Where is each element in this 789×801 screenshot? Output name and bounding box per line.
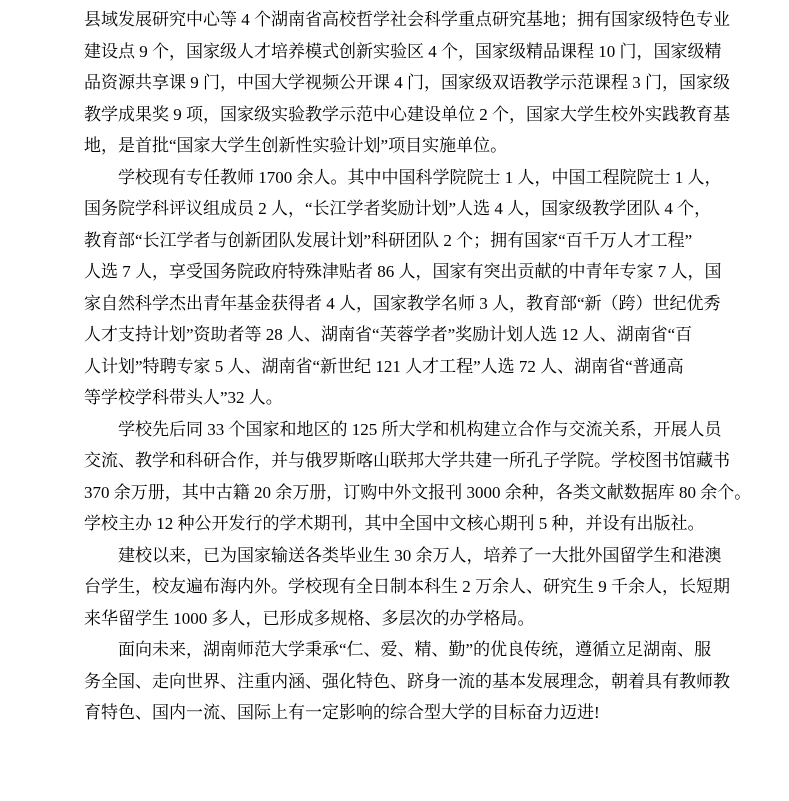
paragraph: 学校现有专任教师 1700 余人。其中中国科学院院士 1 人，中国工程院院士 1… (84, 162, 724, 414)
paragraph: 学校先后同 33 个国家和地区的 125 所大学和机构建立合作与交流关系，开展人… (84, 414, 724, 540)
text-line: 建校以来，已为国家输送各类毕业生 30 余万人，培养了一大批外国留学生和港澳 (84, 540, 724, 572)
text-line: 等学校学科带头人”32 人。 (84, 382, 724, 414)
document-page: 县域发展研究中心等 4 个湖南省高校哲学社会科学重点研究基地；拥有国家级特色专业… (0, 0, 789, 801)
text-line: 人计划”特聘专家 5 人、湖南省“新世纪 121 人才工程”人选 72 人、湖南… (84, 351, 724, 383)
text-line: 学校现有专任教师 1700 余人。其中中国科学院院士 1 人，中国工程院院士 1… (84, 162, 724, 194)
text-line: 育特色、国内一流、国际上有一定影响的综合型大学的目标奋力迈进! (84, 697, 724, 729)
paragraph: 面向未来，湖南师范大学秉承“仁、爱、精、勤”的优良传统，遵循立足湖南、服务全国、… (84, 634, 724, 729)
text-line: 台学生，校友遍布海内外。学校现有全日制本科生 2 万余人、研究生 9 千余人，长… (84, 571, 724, 603)
text-line: 来华留学生 1000 多人，已形成多规格、多层次的办学格局。 (84, 603, 724, 635)
text-line: 学校主办 12 种公开发行的学术期刊，其中全国中文核心期刊 5 种，并设有出版社… (84, 508, 724, 540)
text-line: 交流、教学和科研合作，并与俄罗斯喀山联邦大学共建一所孔子学院。学校图书馆藏书 (84, 445, 724, 477)
text-line: 县域发展研究中心等 4 个湖南省高校哲学社会科学重点研究基地；拥有国家级特色专业 (84, 4, 724, 36)
text-line: 面向未来，湖南师范大学秉承“仁、爱、精、勤”的优良传统，遵循立足湖南、服 (84, 634, 724, 666)
text-line: 国务院学科评议组成员 2 人，“长江学者奖励计划”人选 4 人，国家级教学团队 … (84, 193, 724, 225)
text-line: 370 余万册，其中古籍 20 余万册，订购中外文报刊 3000 余种，各类文献… (84, 477, 724, 509)
paragraph: 县域发展研究中心等 4 个湖南省高校哲学社会科学重点研究基地；拥有国家级特色专业… (84, 4, 724, 162)
text-line: 务全国、走向世界、注重内涵、强化特色、跻身一流的基本发展理念，朝着具有教师教 (84, 666, 724, 698)
text-line: 教育部“长江学者与创新团队发展计划”科研团队 2 个；拥有国家“百千万人才工程” (84, 225, 724, 257)
text-line: 地，是首批“国家大学生创新性实验计划”项目实施单位。 (84, 130, 724, 162)
paragraph: 建校以来，已为国家输送各类毕业生 30 余万人，培养了一大批外国留学生和港澳台学… (84, 540, 724, 635)
document-body: 县域发展研究中心等 4 个湖南省高校哲学社会科学重点研究基地；拥有国家级特色专业… (84, 4, 724, 729)
text-line: 教学成果奖 9 项，国家级实验教学示范中心建设单位 2 个，国家大学生校外实践教… (84, 99, 724, 131)
text-line: 建设点 9 个，国家级人才培养模式创新实验区 4 个，国家级精品课程 10 门，… (84, 36, 724, 68)
text-line: 学校先后同 33 个国家和地区的 125 所大学和机构建立合作与交流关系，开展人… (84, 414, 724, 446)
text-line: 人才支持计划”资助者等 28 人、湖南省“芙蓉学者”奖励计划人选 12 人、湖南… (84, 319, 724, 351)
text-line: 品资源共享课 9 门，中国大学视频公开课 4 门，国家级双语教学示范课程 3 门… (84, 67, 724, 99)
text-line: 家自然科学杰出青年基金获得者 4 人，国家教学名师 3 人，教育部“新（跨）世纪… (84, 288, 724, 320)
text-line: 人选 7 人，享受国务院政府特殊津贴者 86 人，国家有突出贡献的中青年专家 7… (84, 256, 724, 288)
